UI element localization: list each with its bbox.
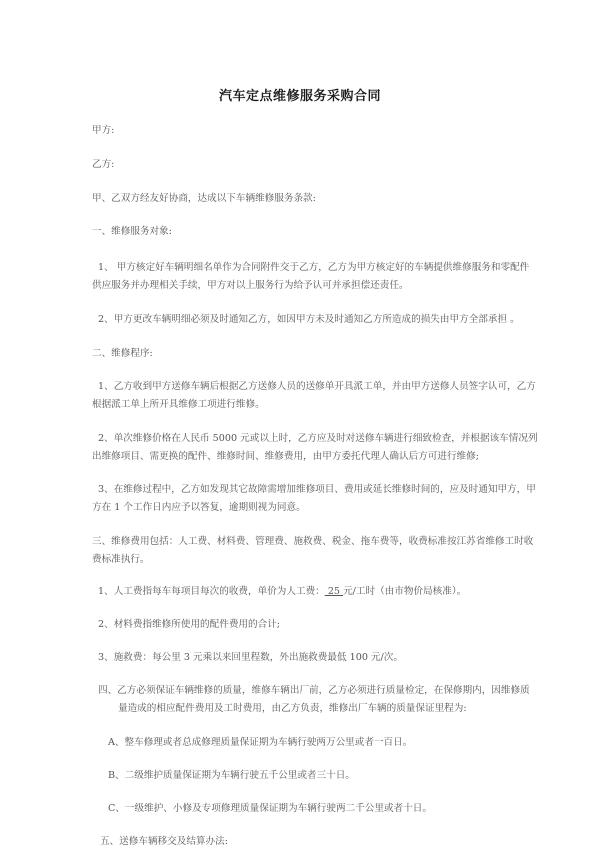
section-5-heading: 五、送修车辆移交及结算办法: <box>100 835 228 848</box>
section-4-item-b: B、二级维护质量保证期为车辆行驶五千公里或者三十日。 <box>108 769 355 782</box>
intro-paragraph: 甲、乙双方经友好协商，达成以下车辆维修服务条款: <box>92 192 316 205</box>
section-4-heading-line-2: 量造成的相应配件费用及工时费用，由乙方负责，维修出厂车辆的质量保证里程为: <box>118 702 467 715</box>
party-b-label: 乙方: <box>92 158 114 171</box>
labor-fee-prefix: 1、人工费指每车每项目每次的收费，单价为人工费： <box>98 586 325 597</box>
section-3-item-3: 3、施救费：每公里 3 元乘以来回里程数，外出施救费最低 100 元/次。 <box>98 651 403 664</box>
section-4-item-c: C、一级维护、小修及专项修理质量保证期为车辆行驶两二千公里或者十日。 <box>108 802 432 815</box>
section-3-heading-line-2: 费标准执行。 <box>92 553 150 566</box>
section-2-item-3-line-1: 3、在维修过程中，乙方如发现其它故障需增加维修项目、费用或延长维修时间的，应及时… <box>98 483 536 496</box>
section-1-item-1-line-1: 1、 甲方核定好车辆明细名单作为合同附件交于乙方，乙方为甲方核定好的车辆提供维修… <box>98 261 529 274</box>
section-2-item-3-line-2: 方在 1 个工作日内应予以答复，逾期则视为同意。 <box>92 501 306 514</box>
section-2-heading: 二、维修程序: <box>92 347 153 360</box>
section-3-item-2: 2、材料费指维修所使用的配件费用的合计; <box>98 618 280 631</box>
party-a-label: 甲方: <box>92 124 114 137</box>
section-1-item-1-line-2: 供应服务并办理相关手续，甲方对以上服务行为给予认可并承担偿还责任。 <box>92 279 409 292</box>
section-2-item-1-line-1: 1、乙方收到甲方送修车辆后根据乙方送修人员的送修单开具派工单，并由甲方送修人员签… <box>98 380 536 393</box>
section-4-heading-line-1: 四、乙方必须保证车辆维修的质量，维修车辆出厂前，乙方必须进行质量检定，在保修期内… <box>98 684 530 697</box>
section-2-item-2-line-2: 出维修项目、需更换的配件、维修时间、维修费用，由甲方委托代理人确认后方可进行维修… <box>92 450 479 463</box>
section-2-item-2-line-1: 2、单次维修价格在人民币 5000 元或以上时，乙方应及时对送修车辆进行细致检查… <box>98 432 538 445</box>
section-4-item-a: A、整车修理或者总成修理质量保证期为车辆行驶两万公里或者一百日。 <box>108 736 412 749</box>
section-2-item-1-line-2: 根据派工单上所开具维修工项进行维修。 <box>92 398 265 411</box>
labor-fee-suffix: 元/工时（由市物价局核准）。 <box>343 586 466 597</box>
section-1-heading: 一、维修服务对象: <box>92 225 172 238</box>
section-3-item-1: 1、人工费指每车每项目每次的收费，单价为人工费： 25 元/工时（由市物价局核准… <box>98 585 466 598</box>
section-1-item-2: 2、甲方更改车辆明细必须及时通知乙方，如因甲方未及时通知乙方所造成的损失由甲方全… <box>98 313 520 326</box>
labor-fee-rate: 25 <box>325 586 343 597</box>
document-title: 汽车定点维修服务采购合同 <box>0 85 600 104</box>
section-3-heading-line-1: 三、维修费用包括：人工费、材料费、管理费、施救费、税金、拖车费等，收费标准按江苏… <box>92 535 533 548</box>
document-page: 汽车定点维修服务采购合同 甲方: 乙方: 甲、乙双方经友好协商，达成以下车辆维修… <box>0 0 600 849</box>
